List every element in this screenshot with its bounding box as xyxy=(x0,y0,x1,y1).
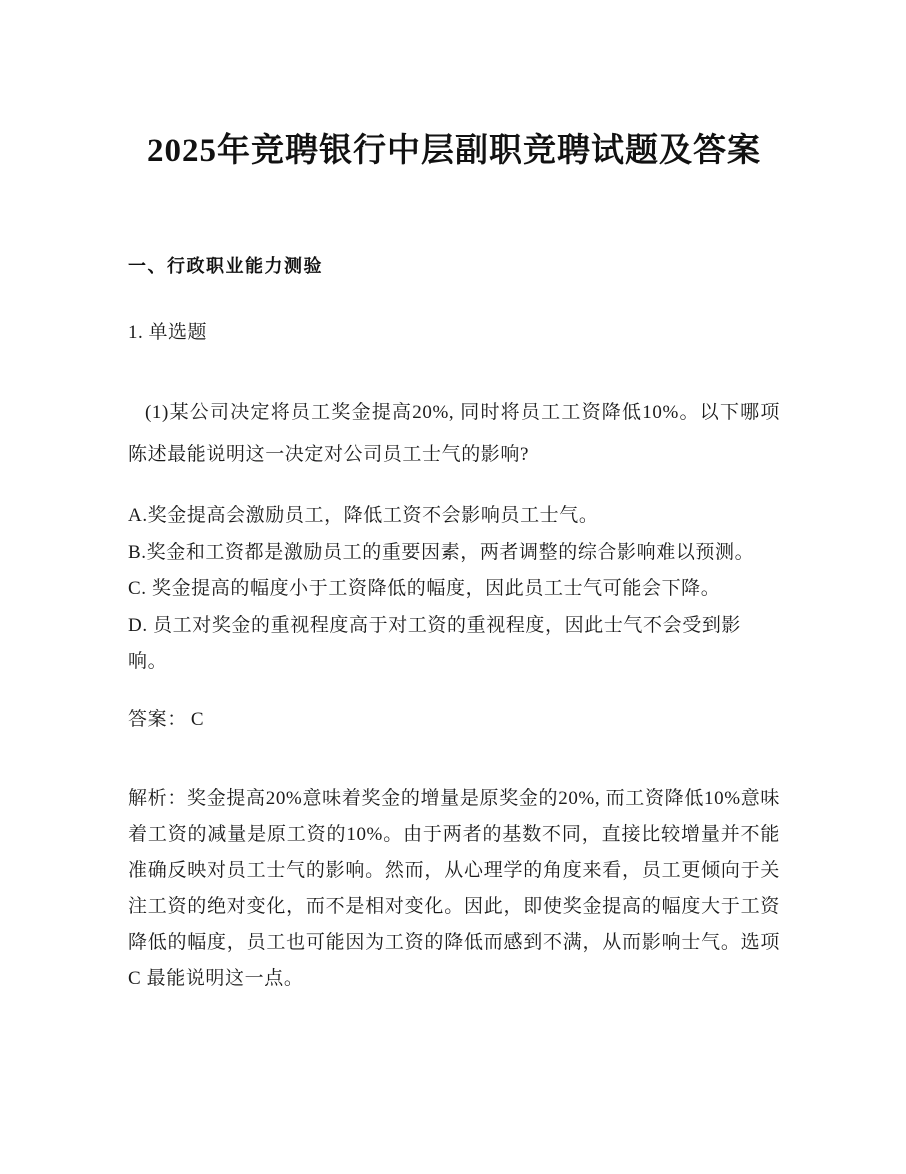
analysis-label: 解析： xyxy=(128,788,187,809)
option-a: A.奖金提高会激励员工，降低工资不会影响员工士气。 xyxy=(128,498,780,535)
document-page: 2025年竞聘银行中层副职竞聘试题及答案 一、行政职业能力测验 1. 单选题 (… xyxy=(0,0,906,1174)
section-heading: 一、行政职业能力测验 xyxy=(128,256,780,276)
answer-label: 答案： xyxy=(128,709,187,730)
question-text: (1)某公司决定将员工奖金提高20%, 同时将员工工资降低10%。以下哪项陈述最… xyxy=(128,392,780,476)
document-title: 2025年竞聘银行中层副职竞聘试题及答案 xyxy=(128,130,780,172)
option-d: D. 员工对奖金的重视程度高于对工资的重视程度，因此士气不会受到影响。 xyxy=(128,608,780,681)
question-type-label: 1. 单选题 xyxy=(128,322,780,344)
option-b: B.奖金和工资都是激励员工的重要因素，两者调整的综合影响难以预测。 xyxy=(128,535,780,572)
analysis-text: 奖金提高20%意味着奖金的增量是原奖金的20%, 而工资降低10%意味着工资的减… xyxy=(128,788,780,989)
analysis-paragraph: 解析：奖金提高20%意味着奖金的增量是原奖金的20%, 而工资降低10%意味着工… xyxy=(128,781,780,997)
answer-value: C xyxy=(187,709,204,730)
options-list: A.奖金提高会激励员工，降低工资不会影响员工士气。 B.奖金和工资都是激励员工的… xyxy=(128,498,780,681)
option-c: C. 奖金提高的幅度小于工资降低的幅度，因此员工士气可能会下降。 xyxy=(128,571,780,608)
answer-line: 答案：C xyxy=(128,709,780,731)
